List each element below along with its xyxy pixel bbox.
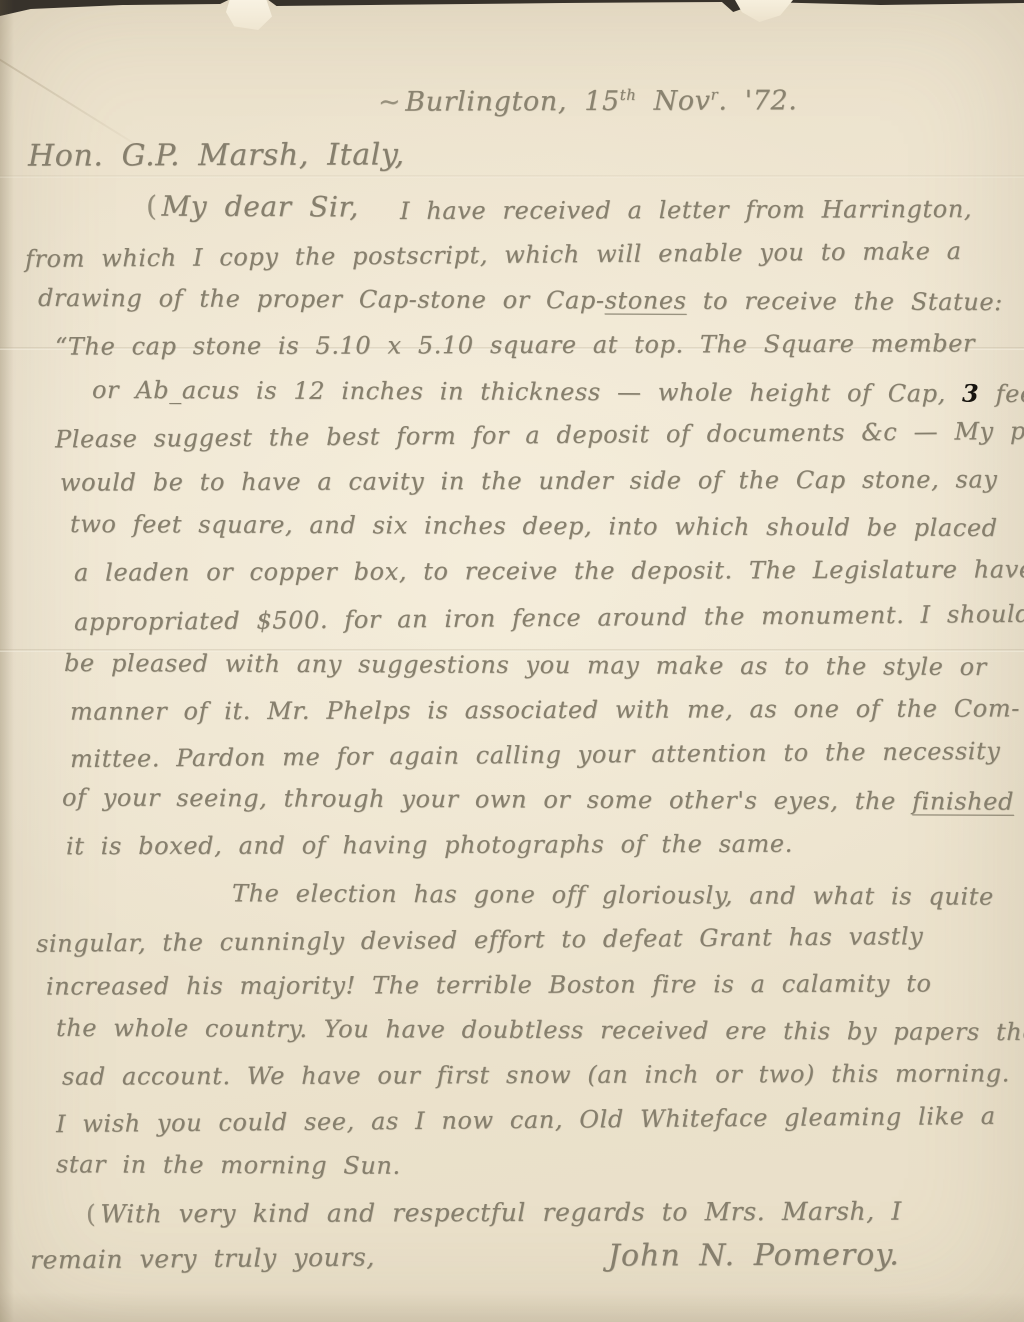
letter-line: a leaden or copper box, to receive the d… — [74, 555, 1024, 586]
letter-salutation: (My dear Sir, — [146, 190, 359, 224]
pen-flourish: ~ — [378, 87, 405, 118]
letter-line-text: increased his majority! The terrible Bos… — [46, 969, 932, 1000]
recipient-text: Hon. G.P. Marsh, Italy, — [28, 137, 405, 173]
letter-line-text: statue before — [1014, 788, 1024, 817]
letter-line: be pleased with any suggestions you may … — [64, 649, 987, 681]
letter-line-text: The election has gone off gloriously, an… — [232, 879, 994, 910]
letter-line: two feet square, and six inches deep, in… — [70, 510, 998, 542]
dateline-superscript: th — [620, 86, 637, 104]
letter-line: it is boxed, and of having photographs o… — [66, 830, 793, 861]
paper-edge-shadow — [0, 0, 14, 1322]
letter-line: The election has gone off gloriously, an… — [232, 879, 994, 910]
letter-line-text: manner of it. Mr. Phelps is associated w… — [70, 694, 1020, 725]
letter-line-text: of your seeing, through your own or some… — [62, 784, 912, 816]
letter-line-text: “The cap stone is 5.10 x 5.10 square at … — [55, 329, 975, 360]
letter-line-text: star in the morning Sun. — [56, 1150, 401, 1180]
dark-ink-number: 3 — [962, 379, 979, 408]
letter-line-text: two feet square, and six inches deep, in… — [70, 510, 998, 542]
letter-line: drawing of the proper Cap-stone or Cap-s… — [38, 284, 1003, 316]
letter-line-text: to receive the Statue: — [687, 287, 1003, 316]
closing-text: remain very truly yours, — [30, 1242, 375, 1274]
signature-text: John N. Pomeroy. — [608, 1237, 900, 1273]
dateline-text: Nov — [636, 86, 710, 117]
letter-line-text: sad account. We have our first snow (an … — [62, 1059, 1010, 1090]
letter-closing-line: remain very truly yours, — [30, 1242, 375, 1274]
letter-line: I have received a letter from Harrington… — [400, 195, 972, 225]
letter-line: the whole country. You have doubtless re… — [56, 1014, 1024, 1046]
letter-line-text: a leaden or copper box, to receive the d… — [74, 555, 1024, 586]
letter-line: or Ab_acus is 12 inches in thickness — w… — [92, 375, 1024, 408]
underlined-word: stones — [605, 286, 687, 314]
letter-line-text: feet.” — [979, 380, 1024, 408]
paper-edge-shadow — [0, 1292, 1024, 1322]
letter-line: manner of it. Mr. Phelps is associated w… — [70, 694, 1020, 725]
letter-line: sad account. We have our first snow (an … — [62, 1059, 1010, 1090]
letter-line-text: or Ab_acus is 12 inches in thickness — w… — [92, 376, 962, 408]
letter-line-text: I have received a letter from Harrington… — [400, 195, 972, 225]
pen-flourish: ( — [146, 190, 162, 223]
letter-dateline: ~Burlington, 15th Novr. '72. — [378, 85, 798, 117]
letter-line: of your seeing, through your own or some… — [62, 784, 1024, 817]
letter-line-text: it is boxed, and of having photographs o… — [66, 830, 793, 861]
letter-signature: John N. Pomeroy. — [608, 1237, 900, 1273]
salutation-text: My dear Sir, — [161, 190, 359, 224]
letter-line: increased his majority! The terrible Bos… — [46, 969, 932, 1000]
letter-line-text: drawing of the proper Cap-stone or Cap- — [38, 284, 605, 314]
letter-line: star in the morning Sun. — [56, 1150, 401, 1180]
letter-line-text: the whole country. You have doubtless re… — [56, 1014, 1024, 1046]
dateline-text: Burlington, 15 — [405, 86, 620, 118]
dateline-text: . '72. — [718, 85, 797, 116]
letter-line-text: would be to have a cavity in the under s… — [60, 465, 998, 496]
letter-line: would be to have a cavity in the under s… — [60, 465, 998, 496]
letter-closing-line: (With very kind and respectful regards t… — [86, 1197, 902, 1229]
pen-flourish: ( — [86, 1199, 100, 1228]
letter-line-text: be pleased with any suggestions you may … — [64, 649, 987, 681]
closing-text: With very kind and respectful regards to… — [100, 1197, 902, 1229]
underlined-word: finished — [912, 787, 1014, 815]
letter-recipient: Hon. G.P. Marsh, Italy, — [28, 137, 405, 173]
letter-line: “The cap stone is 5.10 x 5.10 square at … — [55, 329, 975, 360]
